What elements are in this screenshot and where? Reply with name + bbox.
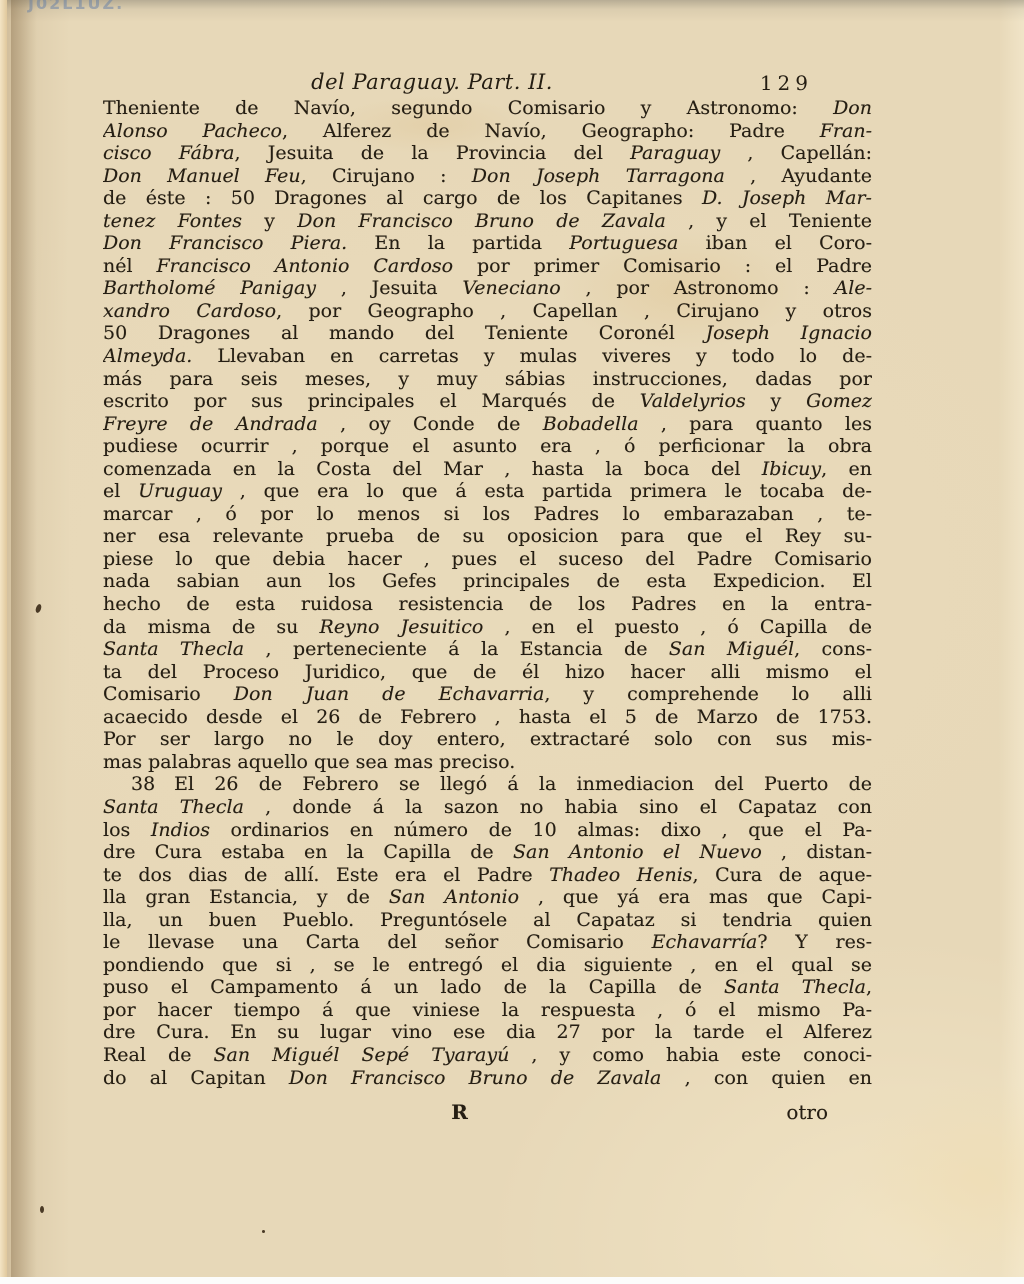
text-line: por hacer tiempo á que viniese la respue… bbox=[103, 999, 872, 1022]
text-line: más para seis meses, y muy sábias instru… bbox=[103, 368, 872, 391]
text-segment: , y como habia este conoci- bbox=[509, 1044, 872, 1066]
text-segment: lla gran Estancia, y de bbox=[103, 886, 389, 908]
text-line: ta del Proceso Juridico, que de él hizo … bbox=[103, 661, 872, 684]
text-segment: ner esa relevante prueba de su oposicion… bbox=[103, 525, 872, 547]
text-line: do al Capitan Don Francisco Bruno de Zav… bbox=[103, 1067, 872, 1090]
text-line: nél Francisco Antonio Cardoso por primer… bbox=[103, 255, 872, 278]
text-line: los Indios ordinarios en número de 10 al… bbox=[103, 819, 872, 842]
italic-text-segment: Bobadella bbox=[543, 413, 639, 435]
italic-text-segment: San Antonio el Nuevo bbox=[513, 841, 762, 863]
text-line: Santa Thecla , donde á la sazon no habia… bbox=[103, 796, 872, 819]
text-line: Almeyda. Llevaban en carretas y mulas vi… bbox=[103, 345, 872, 368]
text-segment: iban el Coro- bbox=[678, 232, 872, 254]
text-line: da misma de su Reyno Jesuitico , en el p… bbox=[103, 616, 872, 639]
italic-text-segment: Uruguay bbox=[138, 480, 222, 502]
text-line: escrito por sus principales el Marqués d… bbox=[103, 390, 872, 413]
text-line: te dos dias de allí. Este era el Padre T… bbox=[103, 864, 872, 887]
text-segment: dre Cura. En su lugar vino ese dia 27 po… bbox=[103, 1021, 872, 1043]
text-segment: acaecido desde el 26 de Febrero , hasta … bbox=[103, 706, 872, 728]
text-line: el Uruguay , que era lo que á esta parti… bbox=[103, 480, 872, 503]
italic-text-segment: Bartholomé Panigay bbox=[103, 277, 316, 299]
text-segment: Real de bbox=[103, 1044, 214, 1066]
italic-text-segment: xandro Cardoso bbox=[103, 300, 276, 322]
text-segment: el bbox=[103, 480, 138, 502]
italic-text-segment: D. Joseph Mar- bbox=[702, 187, 872, 209]
text-line: Don Manuel Feu, Cirujano : Don Joseph Ta… bbox=[103, 165, 872, 188]
text-segment: ta del Proceso Juridico, que de él hizo … bbox=[103, 661, 872, 683]
text-line: 38 El 26 de Febrero se llegó á la inmedi… bbox=[103, 773, 872, 796]
catchword: otro bbox=[786, 1100, 828, 1124]
text-line: lla gran Estancia, y de San Antonio , qu… bbox=[103, 886, 872, 909]
text-line: piese lo que debia hacer , pues el suces… bbox=[103, 548, 872, 571]
italic-text-segment: Veneciano bbox=[462, 277, 560, 299]
text-segment: , Ayudante bbox=[725, 165, 872, 187]
running-header: del Paraguay. Part. II. 129 bbox=[103, 70, 871, 96]
text-line: 50 Dragones al mando del Teniente Coroné… bbox=[103, 322, 872, 345]
text-line: Real de San Miguél Sepé Tyarayú , y como… bbox=[103, 1044, 872, 1067]
text-segment: le llevase una Carta del señor Comisario bbox=[103, 931, 652, 953]
scan-bottom-edge bbox=[0, 1277, 1024, 1284]
text-segment: comenzada en la Costa del Mar , hasta la… bbox=[103, 458, 762, 480]
italic-text-segment: Santa Thecla bbox=[103, 796, 244, 818]
italic-text-segment: Indios bbox=[151, 819, 210, 841]
text-segment: , y comprehende lo alli bbox=[544, 683, 872, 705]
faint-library-stamp: J02L1UZ. bbox=[28, 0, 124, 13]
text-segment: y bbox=[746, 390, 806, 412]
text-segment: , y el Teniente bbox=[666, 210, 872, 232]
text-segment: los bbox=[103, 819, 151, 841]
text-segment: lla, un buen Pueblo. Preguntósele al Cap… bbox=[103, 909, 872, 931]
text-line: comenzada en la Costa del Mar , hasta la… bbox=[103, 458, 872, 481]
italic-text-segment: tenez Fontes bbox=[103, 210, 242, 232]
text-segment: pudiese ocurrir , porque el asunto era ,… bbox=[103, 435, 872, 457]
binding-shadow bbox=[11, 0, 37, 1277]
text-segment: , en bbox=[821, 458, 872, 480]
italic-text-segment: Gomez bbox=[806, 390, 872, 412]
text-segment: En la partida bbox=[347, 232, 569, 254]
text-segment: nél bbox=[103, 255, 156, 277]
text-segment: , perteneciente á la Estancia de bbox=[244, 638, 669, 660]
text-segment: , por Geographo , Capellan , Cirujano y … bbox=[276, 300, 872, 322]
text-segment: ordinarios en número de 10 almas: dixo ,… bbox=[210, 819, 872, 841]
italic-text-segment: San Antonio bbox=[389, 886, 519, 908]
page-edge-strip bbox=[0, 0, 7, 1277]
text-line: cisco Fábra, Jesuita de la Provincia del… bbox=[103, 142, 872, 165]
text-segment: marcar , ó por lo menos si los Padres lo… bbox=[103, 503, 872, 525]
text-segment: te dos dias de allí. Este era el Padre bbox=[103, 864, 549, 886]
italic-text-segment: San Miguél Sepé Tyarayú bbox=[214, 1044, 510, 1066]
italic-text-segment: Santa Thecla bbox=[103, 638, 244, 660]
text-segment: , Capellán: bbox=[720, 142, 872, 164]
footer-line: R otro bbox=[103, 1100, 872, 1124]
text-segment: piese lo que debia hacer , pues el suces… bbox=[103, 548, 872, 570]
text-line: puso el Campamento á un lado de la Capil… bbox=[103, 976, 872, 999]
text-segment: por hacer tiempo á que viniese la respue… bbox=[103, 999, 872, 1021]
text-line: mas palabras aquello que sea mas preciso… bbox=[103, 751, 872, 774]
signature-mark: R bbox=[103, 1100, 817, 1124]
text-segment: Theniente de Navío, segundo Comisario y … bbox=[103, 97, 833, 119]
italic-text-segment: Ale- bbox=[835, 277, 872, 299]
text-segment: , distan- bbox=[762, 841, 872, 863]
italic-text-segment: Don Joseph Tarragona bbox=[472, 165, 725, 187]
text-line: marcar , ó por lo menos si los Padres lo… bbox=[103, 503, 872, 526]
text-segment: , donde á la sazon no habia sino el Capa… bbox=[244, 796, 872, 818]
text-segment: y bbox=[242, 210, 297, 232]
text-segment: 38 El 26 de Febrero se llegó á la inmedi… bbox=[131, 773, 872, 795]
text-segment: de éste : 50 Dragones al cargo de los Ca… bbox=[103, 187, 702, 209]
text-column: Theniente de Navío, segundo Comisario y … bbox=[103, 97, 872, 1089]
italic-text-segment: Francisco Antonio Cardoso bbox=[156, 255, 453, 277]
paper-speck bbox=[262, 1230, 265, 1233]
text-line: Por ser largo no le doy entero, extracta… bbox=[103, 728, 872, 751]
text-line: tenez Fontes y Don Francisco Bruno de Za… bbox=[103, 210, 872, 233]
italic-text-segment: San Miguél bbox=[669, 638, 794, 660]
text-segment: , en el puesto , ó Capilla de bbox=[483, 616, 872, 638]
text-line: Comisario Don Juan de Echavarria, y comp… bbox=[103, 683, 872, 706]
italic-text-segment: Freyre de Andrada bbox=[103, 413, 318, 435]
text-line: Santa Thecla , perteneciente á la Estanc… bbox=[103, 638, 872, 661]
text-line: acaecido desde el 26 de Febrero , hasta … bbox=[103, 706, 872, 729]
text-segment: 50 Dragones al mando del Teniente Coroné… bbox=[103, 322, 706, 344]
text-segment: Por ser largo no le doy entero, extracta… bbox=[103, 728, 872, 750]
text-segment: nada sabian aun los Gefes principales de… bbox=[103, 570, 872, 592]
text-line: pondiendo que si , se le entregó el dia … bbox=[103, 954, 872, 977]
paper-corner-light bbox=[850, 1080, 1024, 1280]
italic-text-segment: Paraguay bbox=[630, 142, 720, 164]
text-segment: do al Capitan bbox=[103, 1067, 289, 1089]
text-segment: escrito por sus principales el Marqués d… bbox=[103, 390, 640, 412]
scan-background: J02L1UZ. del Paraguay. Part. II. 129 The… bbox=[0, 0, 1024, 1284]
text-segment: , cons- bbox=[794, 638, 872, 660]
text-line: lla, un buen Pueblo. Preguntósele al Cap… bbox=[103, 909, 872, 932]
text-line: nada sabian aun los Gefes principales de… bbox=[103, 570, 872, 593]
text-line: pudiese ocurrir , porque el asunto era ,… bbox=[103, 435, 872, 458]
italic-text-segment: Alonso Pacheco bbox=[103, 120, 282, 142]
text-line: Don Francisco Piera. En la partida Portu… bbox=[103, 232, 872, 255]
text-line: Alonso Pacheco, Alferez de Navío, Geogra… bbox=[103, 120, 872, 143]
book-page: J02L1UZ. del Paraguay. Part. II. 129 The… bbox=[0, 0, 1024, 1277]
text-line: ner esa relevante prueba de su oposicion… bbox=[103, 525, 872, 548]
text-line: xandro Cardoso, por Geographo , Capellan… bbox=[103, 300, 872, 323]
text-segment: , Cirujano : bbox=[301, 165, 472, 187]
italic-text-segment: cisco Fábra bbox=[103, 142, 235, 164]
text-segment: , bbox=[866, 976, 872, 998]
italic-text-segment: Ibicuy bbox=[762, 458, 821, 480]
text-segment: , para quanto les bbox=[639, 413, 872, 435]
text-line: Theniente de Navío, segundo Comisario y … bbox=[103, 97, 872, 120]
italic-text-segment: Echavarría bbox=[652, 931, 758, 953]
page-number: 129 bbox=[760, 71, 813, 95]
italic-text-segment: Don Francisco Piera. bbox=[103, 232, 347, 254]
text-segment: , Cura de aque- bbox=[693, 864, 872, 886]
text-segment: , por Astronomo : bbox=[561, 277, 835, 299]
text-segment: por primer Comisario : el Padre bbox=[453, 255, 872, 277]
text-segment: puso el Campamento á un lado de la Capil… bbox=[103, 976, 724, 998]
text-segment: , Alferez de Navío, Geographo: Padre bbox=[282, 120, 820, 142]
paper-speck bbox=[40, 1206, 44, 1213]
text-segment: Llevaban en carretas y mulas viveres y t… bbox=[192, 345, 872, 367]
text-segment: ? Y res- bbox=[757, 931, 872, 953]
text-line: le llevase una Carta del señor Comisario… bbox=[103, 931, 872, 954]
text-line: hecho de esta ruidosa resistencia de los… bbox=[103, 593, 872, 616]
text-line: Freyre de Andrada , oy Conde de Bobadell… bbox=[103, 413, 872, 436]
text-line: Bartholomé Panigay , Jesuita Veneciano ,… bbox=[103, 277, 872, 300]
italic-text-segment: Valdelyrios bbox=[640, 390, 746, 412]
italic-text-segment: Don Francisco Bruno de Zavala bbox=[297, 210, 666, 232]
text-segment: pondiendo que si , se le entregó el dia … bbox=[103, 954, 872, 976]
italic-text-segment: Reyno Jesuitico bbox=[320, 616, 484, 638]
italic-text-segment: Portuguesa bbox=[569, 232, 678, 254]
italic-text-segment: Almeyda. bbox=[103, 345, 192, 367]
text-segment: , Jesuita de la Provincia del bbox=[235, 142, 631, 164]
text-segment: mas palabras aquello que sea mas preciso… bbox=[103, 751, 515, 773]
italic-text-segment: Joseph Ignacio bbox=[706, 322, 873, 344]
text-segment: Comisario bbox=[103, 683, 234, 705]
text-segment: da misma de su bbox=[103, 616, 320, 638]
text-segment: más para seis meses, y muy sábias instru… bbox=[103, 368, 872, 390]
text-line: dre Cura. En su lugar vino ese dia 27 po… bbox=[103, 1021, 872, 1044]
text-line: de éste : 50 Dragones al cargo de los Ca… bbox=[103, 187, 872, 210]
italic-text-segment: Don Manuel Feu bbox=[103, 165, 301, 187]
text-segment: , que era lo que á esta partida primera … bbox=[222, 480, 872, 502]
italic-text-segment: Don bbox=[833, 97, 872, 119]
italic-text-segment: Fran- bbox=[820, 120, 872, 142]
italic-text-segment: Santa Thecla bbox=[724, 976, 866, 998]
italic-text-segment: Don Francisco Bruno de Zavala bbox=[289, 1067, 661, 1089]
text-line: dre Cura estaba en la Capilla de San Ant… bbox=[103, 841, 872, 864]
text-segment: hecho de esta ruidosa resistencia de los… bbox=[103, 593, 872, 615]
header-title: del Paraguay. Part. II. bbox=[103, 70, 761, 94]
text-segment: dre Cura estaba en la Capilla de bbox=[103, 841, 513, 863]
italic-text-segment: Thadeo Henis bbox=[549, 864, 692, 886]
text-segment: , con quien en bbox=[661, 1067, 872, 1089]
italic-text-segment: Don Juan de Echavarria bbox=[234, 683, 545, 705]
text-segment: , Jesuita bbox=[316, 277, 462, 299]
text-segment: , oy Conde de bbox=[318, 413, 543, 435]
text-segment: , que yá era mas que Capi- bbox=[519, 886, 872, 908]
